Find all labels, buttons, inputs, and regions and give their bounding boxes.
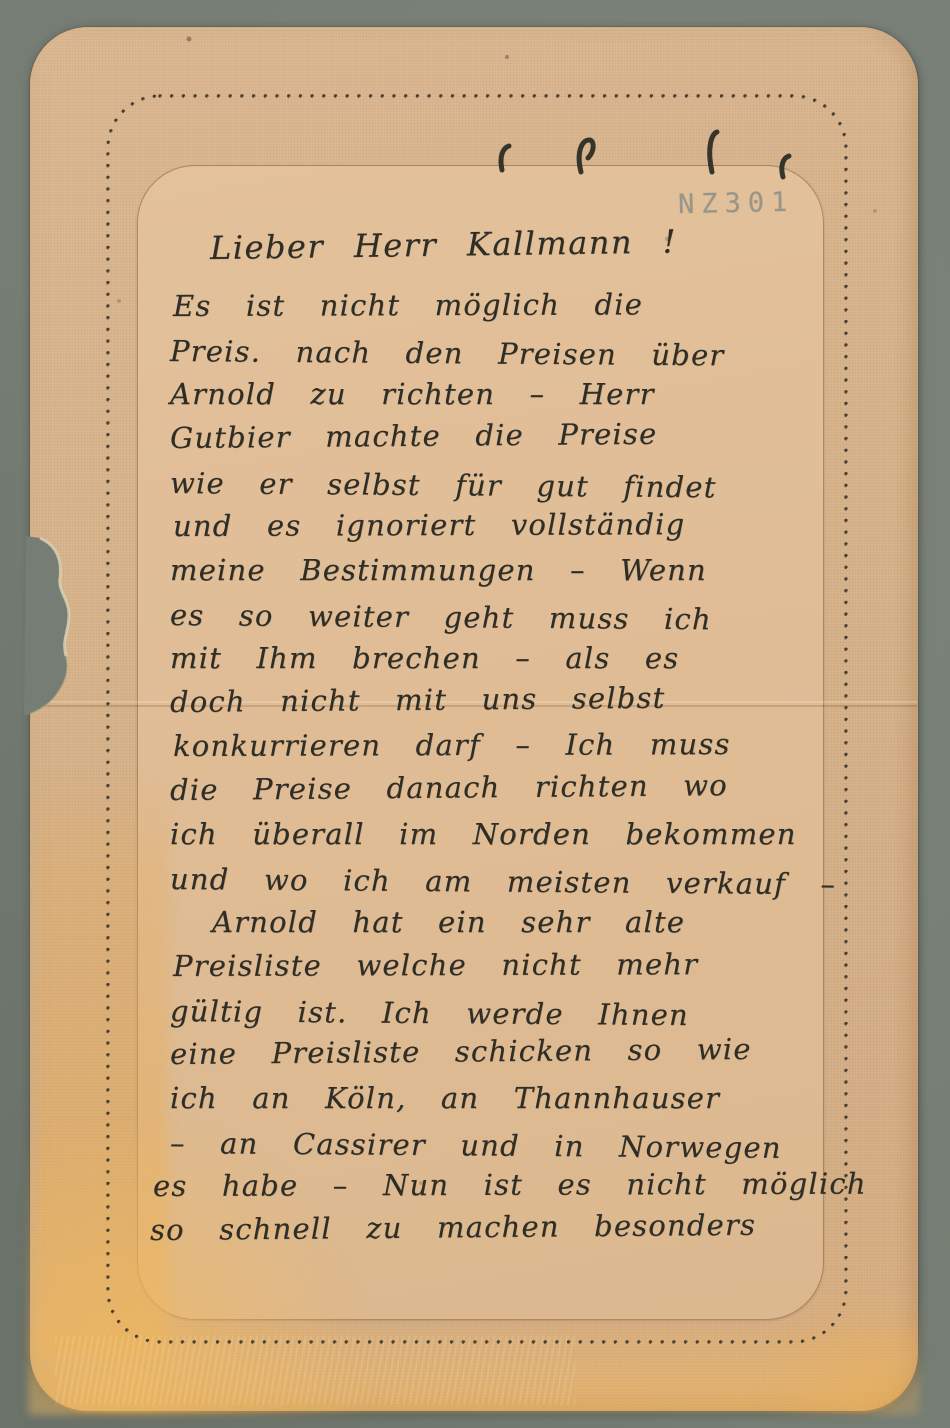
handwriting-line: und wo ich am meisten verkauf – xyxy=(170,857,818,906)
handwriting-line: es so weiter geht muss ich xyxy=(170,593,818,642)
scan-background: NZ301 Lieber Herr Kallmann ! Es ist nich… xyxy=(0,0,950,1428)
handwritten-letter: Lieber Herr Kallmann ! Es ist nicht mögl… xyxy=(170,222,818,1252)
handwriting-line: es habe – Nun ist es nicht möglich xyxy=(153,1162,821,1208)
handwriting-line: konkurrieren darf – Ich muss xyxy=(173,722,821,768)
handwriting-body: Es ist nicht möglich diePreis. nach den … xyxy=(170,284,818,1252)
handwriting-salutation: Lieber Herr Kallmann ! xyxy=(210,214,819,274)
handwriting-line: die Preise danach richten wo xyxy=(170,762,818,812)
handwriting-line: meine Bestimmungen – Wenn xyxy=(170,548,818,592)
handwriting-line: Arnold zu richten – Herr xyxy=(170,372,818,416)
handwriting-line: Gutbier machte die Preise xyxy=(170,410,818,460)
handwriting-line: doch nicht mit uns selbst xyxy=(170,674,818,724)
handwriting-line: so schnell zu machen besonders xyxy=(150,1202,818,1252)
paper-specks xyxy=(0,0,2,2)
handwriting-line: und es ignoriert vollständig xyxy=(173,502,821,548)
handwriting-line: Preis. nach den Preisen über xyxy=(170,329,818,378)
handwriting-line: ich überall im Norden bekommen xyxy=(170,812,818,856)
handwriting-line: mit Ihm brechen – als es xyxy=(170,636,818,680)
handwriting-line: eine Preisliste schicken so wie xyxy=(170,1026,818,1076)
handwriting-line: ich an Köln, an Thannhauser xyxy=(170,1076,818,1120)
handwriting-line: Es ist nicht möglich die xyxy=(173,282,821,328)
handwriting-line: Arnold hat ein sehr alte xyxy=(170,900,818,944)
handwriting-line: Preisliste welche nicht mehr xyxy=(173,942,821,988)
